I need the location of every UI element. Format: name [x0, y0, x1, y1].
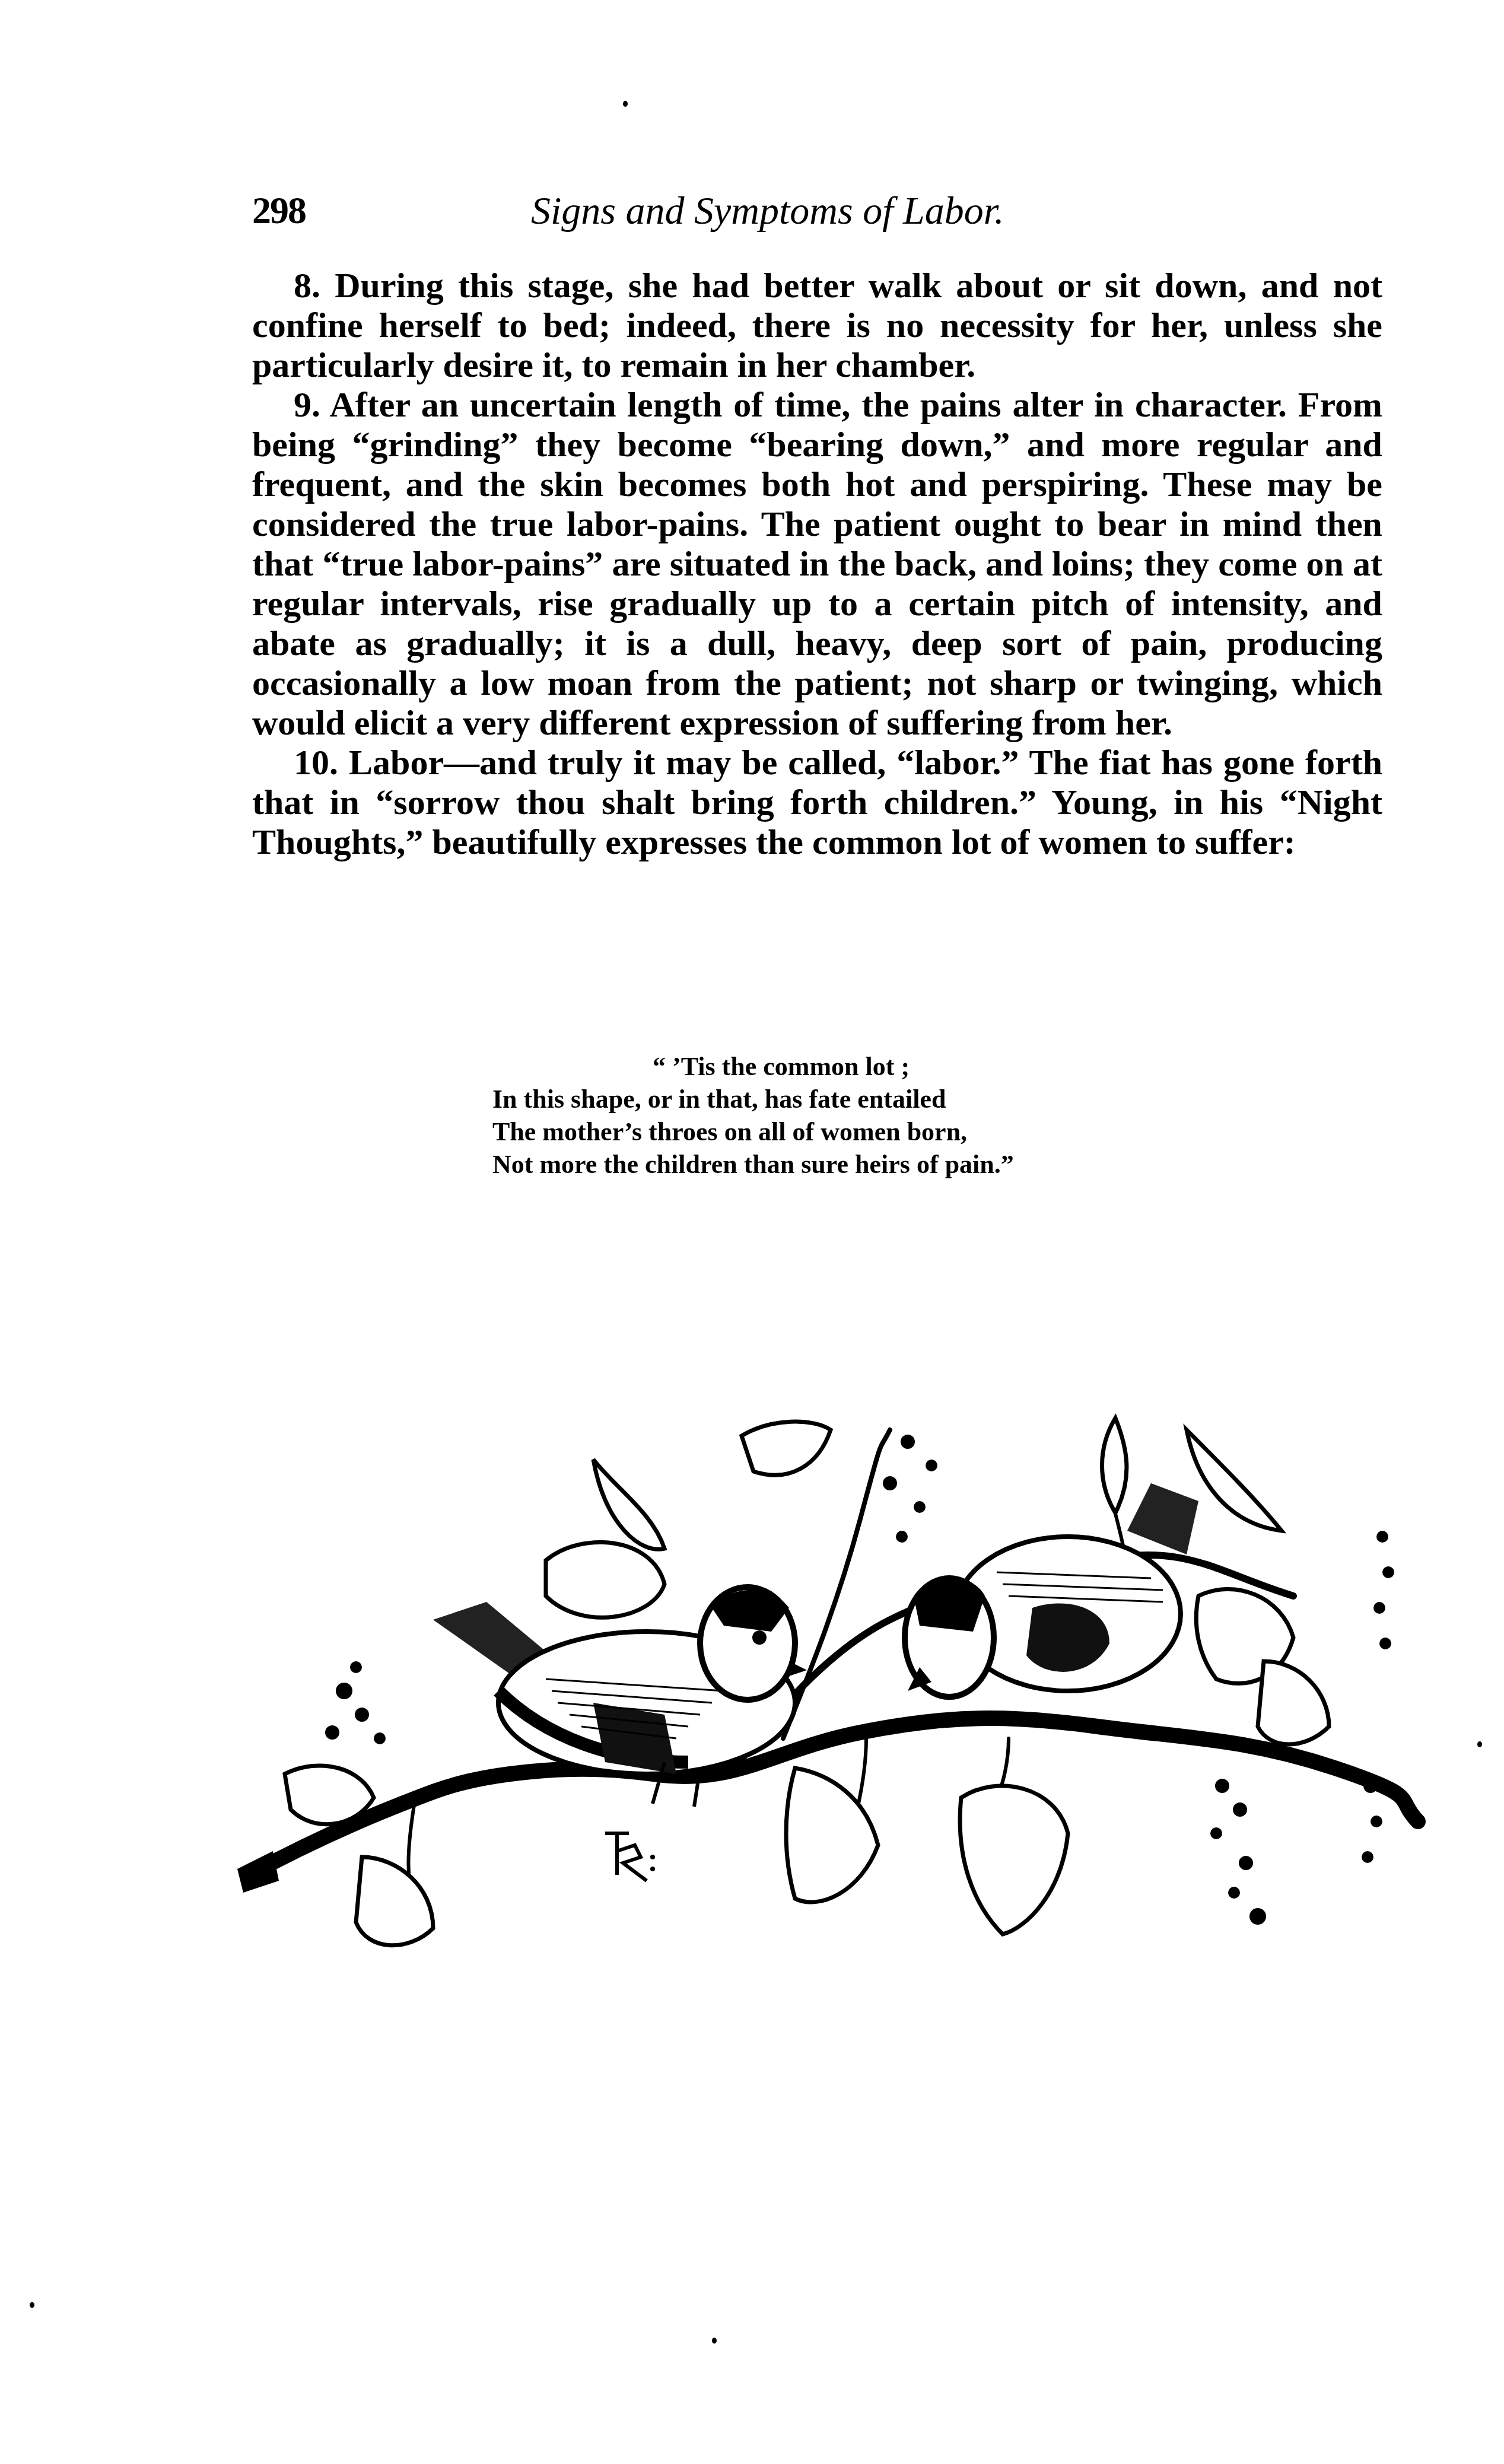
verse-quote: “ ’Tis the common lot ; In this shape, o… — [492, 1050, 1014, 1181]
birds-on-branch-illustration — [237, 1382, 1483, 1964]
paragraph-10: 10. Labor—and truly it may be called, “l… — [252, 743, 1382, 862]
engraving-icon — [237, 1382, 1483, 1964]
running-title: Signs and Symptoms of Labor. — [531, 189, 1004, 234]
paragraph-9: 9. After an uncertain length of time, th… — [252, 385, 1382, 743]
print-speck — [30, 2302, 34, 2308]
page-header: 298 Signs and Symptoms of Labor. — [252, 189, 1379, 242]
paragraph-text: Labor—and truly it may be called, “labor… — [252, 743, 1382, 861]
page-number: 298 — [252, 189, 306, 233]
print-speck — [712, 2338, 717, 2344]
verse-line: The mother’s throes on all of women born… — [492, 1115, 1014, 1148]
print-speck — [623, 101, 628, 107]
paragraph-text: After an uncertain length of time, the p… — [252, 385, 1382, 742]
paragraph-number: 9. — [294, 385, 320, 424]
paragraph-8: 8. During this stage, she had better wal… — [252, 266, 1382, 385]
paragraph-number: 8. — [294, 266, 320, 305]
paragraph-number: 10. — [294, 743, 338, 782]
paragraph-text: During this stage, she had better walk a… — [252, 266, 1382, 384]
body-text: 8. During this stage, she had better wal… — [252, 266, 1382, 862]
print-speck — [1477, 1741, 1482, 1747]
verse-line: Not more the children than sure heirs of… — [492, 1148, 1014, 1181]
verse-line: In this shape, or in that, has fate enta… — [492, 1083, 1014, 1115]
verse-line: “ ’Tis the common lot ; — [492, 1050, 1014, 1083]
